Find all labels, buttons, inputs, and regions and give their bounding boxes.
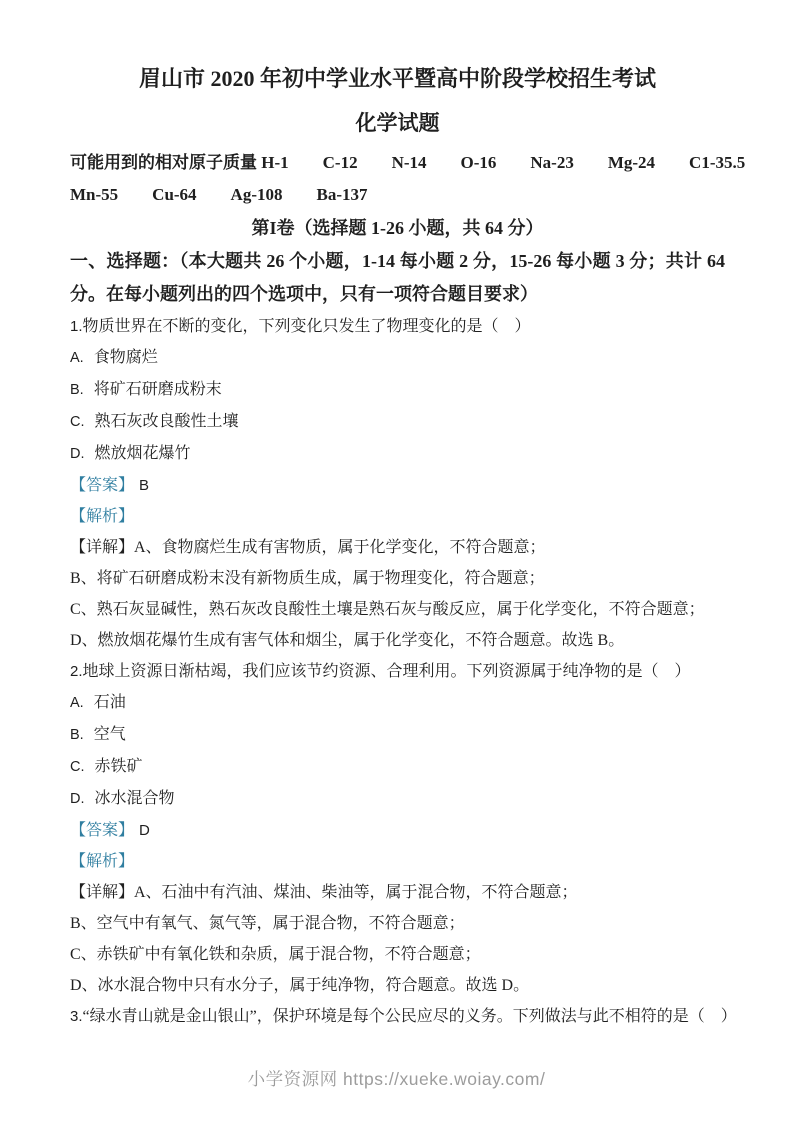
option-letter-c: C. xyxy=(70,414,85,430)
question-1-detail-4: D、燃放烟花爆竹生成有害气体和烟尘，属于化学变化，不符合题意。故选 B。 xyxy=(70,625,725,656)
question-1-detail-1: 【详解】A、食物腐烂生成有害物质，属于化学变化，不符合题意； xyxy=(70,532,725,563)
option-letter-b: B. xyxy=(70,382,84,398)
answer-value: B xyxy=(139,477,149,494)
section-header: 第I卷（选择题 1-26 小题，共 64 分） xyxy=(70,211,725,245)
question-2-answer: 【答案】D xyxy=(70,815,725,846)
question-2-detail-3: C、赤铁矿中有氧化铁和杂质，属于混合物，不符合题意； xyxy=(70,939,725,970)
question-1-option-b: B.将矿石研磨成粉末 xyxy=(70,374,725,406)
answer-value: D xyxy=(139,822,150,839)
question-3-number: 3. xyxy=(70,1008,83,1025)
section-intro: 一、选择题：（本大题共 26 个小题，1-14 每小题 2 分，15-26 每小… xyxy=(70,245,725,311)
questions: 1.物质世界在不断的变化，下列变化只发生了物理变化的是（ ）A.食物腐烂B.将矿… xyxy=(70,311,725,1032)
option-text-d: 冰水混合物 xyxy=(95,790,175,807)
page-footer: 小学资源网 https://xueke.woiay.com/ xyxy=(0,1066,793,1091)
question-2-option-b: B.空气 xyxy=(70,719,725,751)
question-1-option-d: D.燃放烟花爆竹 xyxy=(70,438,725,470)
question-1-answer: 【答案】B xyxy=(70,470,725,501)
question-3-text: “绿水青山就是金山银山”，保护环境是每个公民应尽的义务。下列做法与此不相符的是（… xyxy=(83,1008,737,1025)
question-2-analysis-label: 【解析】 xyxy=(70,846,725,877)
option-letter-a: A. xyxy=(70,350,84,366)
question-1-detail-2: B、将矿石研磨成粉末没有新物质生成，属于物理变化，符合题意； xyxy=(70,563,725,594)
option-text-d: 燃放烟花爆竹 xyxy=(95,445,191,462)
question-2-number: 2. xyxy=(70,663,83,680)
question-2-option-d: D.冰水混合物 xyxy=(70,783,725,815)
document-title: 眉山市 2020 年初中学业水平暨高中阶段学校招生考试 xyxy=(70,64,725,94)
option-letter-a: A. xyxy=(70,695,84,711)
option-text-a: 食物腐烂 xyxy=(94,349,158,366)
option-text-a: 石油 xyxy=(94,694,126,711)
question-1-option-a: A.食物腐烂 xyxy=(70,342,725,374)
question-1-detail-3: C、熟石灰显碱性，熟石灰改良酸性土壤是熟石灰与酸反应，属于化学变化，不符合题意； xyxy=(70,594,725,625)
document-content: 眉山市 2020 年初中学业水平暨高中阶段学校招生考试 化学试题 可能用到的相对… xyxy=(0,0,793,1032)
option-text-b: 将矿石研磨成粉末 xyxy=(94,381,222,398)
question-2-option-a: A.石油 xyxy=(70,687,725,719)
exam-document-page: 眉山市 2020 年初中学业水平暨高中阶段学校招生考试 化学试题 可能用到的相对… xyxy=(0,0,793,1122)
document-subtitle: 化学试题 xyxy=(70,108,725,138)
option-letter-d: D. xyxy=(70,791,85,807)
question-1-option-c: C.熟石灰改良酸性土壤 xyxy=(70,406,725,438)
question-2-detail-4: D、冰水混合物中只有水分子，属于纯净物，符合题意。故选 D。 xyxy=(70,970,725,1001)
question-2-stem: 2.地球上资源日渐枯竭，我们应该节约资源、合理利用。下列资源属于纯净物的是（ ） xyxy=(70,656,725,687)
option-letter-b: B. xyxy=(70,727,84,743)
atomic-mass-line-2: Mn-55 Cu-64 Ag-108 Ba-137 xyxy=(70,178,725,211)
question-2-detail-1: 【详解】A、石油中有汽油、煤油、柴油等，属于混合物，不符合题意； xyxy=(70,877,725,908)
question-1-analysis-label: 【解析】 xyxy=(70,501,725,532)
option-text-c: 熟石灰改良酸性土壤 xyxy=(95,413,239,430)
option-text-b: 空气 xyxy=(94,726,126,743)
question-3-stem: 3.“绿水青山就是金山银山”，保护环境是每个公民应尽的义务。下列做法与此不相符的… xyxy=(70,1001,725,1032)
question-1-text: 物质世界在不断的变化，下列变化只发生了物理变化的是（ ） xyxy=(83,318,531,335)
option-letter-c: C. xyxy=(70,759,85,775)
answer-label: 【答案】 xyxy=(70,822,134,839)
question-2-option-c: C.赤铁矿 xyxy=(70,751,725,783)
question-2-text: 地球上资源日渐枯竭，我们应该节约资源、合理利用。下列资源属于纯净物的是（ ） xyxy=(83,663,691,680)
atomic-mass-line-1: 可能用到的相对原子质量 H-1 C-12 N-14 O-16 Na-23 Mg-… xyxy=(70,148,725,178)
question-2-detail-2: B、空气中有氧气、氮气等，属于混合物，不符合题意； xyxy=(70,908,725,939)
question-1-stem: 1.物质世界在不断的变化，下列变化只发生了物理变化的是（ ） xyxy=(70,311,725,342)
answer-label: 【答案】 xyxy=(70,477,134,494)
option-letter-d: D. xyxy=(70,446,85,462)
option-text-c: 赤铁矿 xyxy=(95,758,143,775)
question-1-number: 1. xyxy=(70,318,83,335)
